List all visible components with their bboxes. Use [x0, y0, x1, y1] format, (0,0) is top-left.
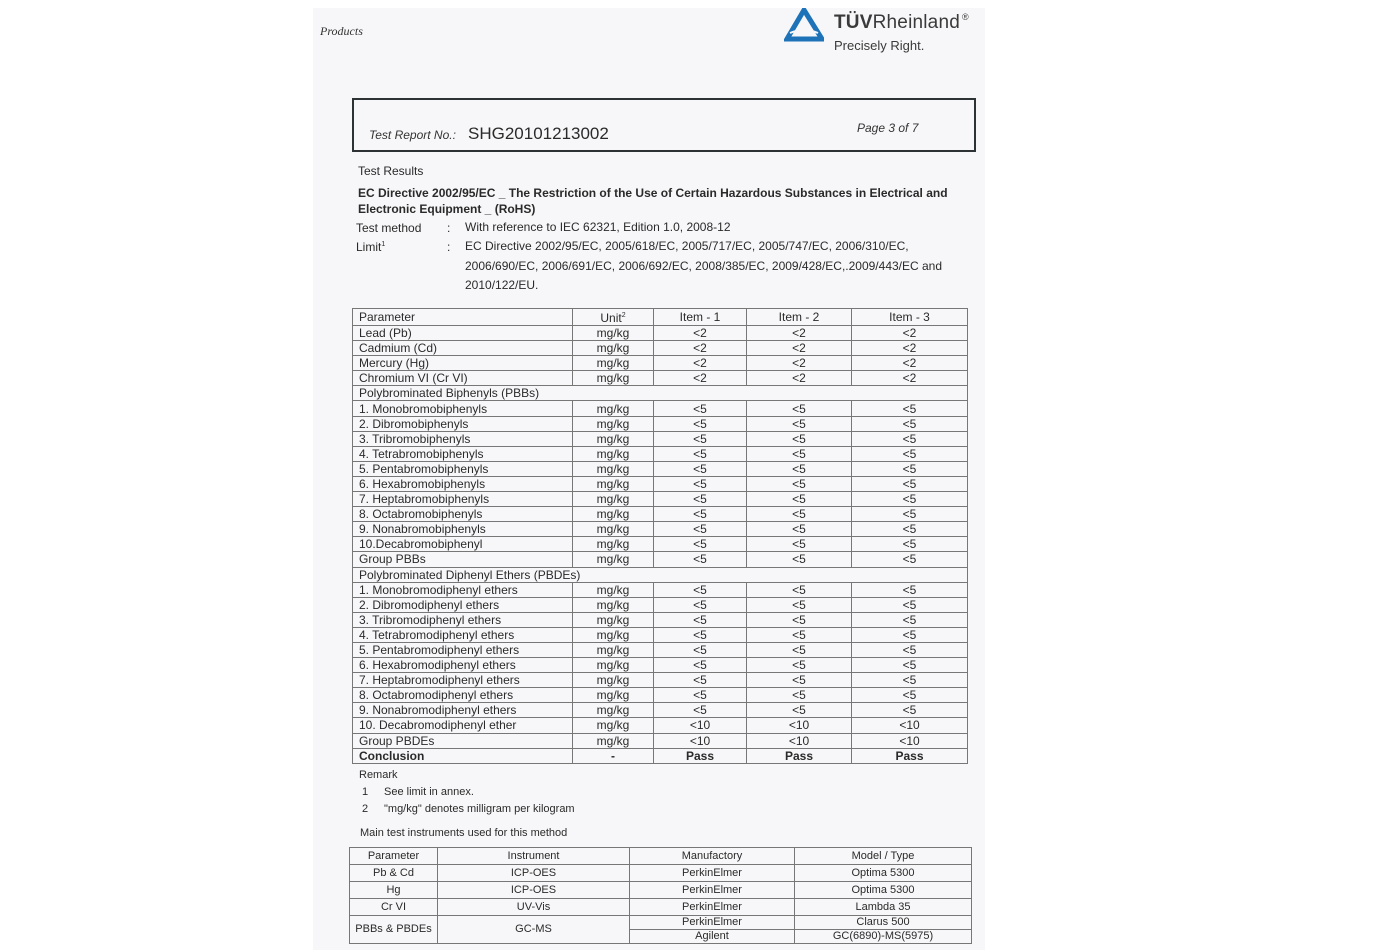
parameter-cell: 5. Pentabromobiphenyls — [353, 461, 573, 476]
value-cell: mg/kg — [573, 492, 654, 507]
value-cell: mg/kg — [573, 522, 654, 537]
parameter-cell: Cr VI — [350, 899, 438, 916]
brand-tagline: Precisely Right. — [834, 38, 924, 53]
value-cell: <2 — [654, 341, 747, 356]
meta-colon: : — [447, 221, 450, 235]
value-cell: <5 — [852, 612, 968, 627]
value-cell: mg/kg — [573, 341, 654, 356]
parameter-cell: PBBs & PBDEs — [350, 916, 438, 944]
value-cell: <5 — [852, 492, 968, 507]
value-cell: mg/kg — [573, 537, 654, 552]
model-cell: Optima 5300 — [795, 882, 972, 899]
conclusion-row: Conclusion-PassPassPass — [353, 748, 968, 763]
value-cell: <5 — [852, 552, 968, 567]
table-row: 9. Nonabromodiphenyl ethersmg/kg<5<5<5 — [353, 703, 968, 718]
parameter-cell: 3. Tribromodiphenyl ethers — [353, 612, 573, 627]
report-number-label: Test Report No.: — [369, 128, 456, 142]
table-row: 10. Decabromodiphenyl ethermg/kg<10<10<1… — [353, 718, 968, 733]
value-cell: <5 — [852, 476, 968, 491]
value-cell: mg/kg — [573, 356, 654, 371]
value-cell: - — [573, 748, 654, 763]
value-cell: mg/kg — [573, 476, 654, 491]
group-row: Polybrominated Biphenyls (PBBs) — [353, 386, 968, 401]
remark-text: See limit in annex. — [384, 786, 474, 798]
parameter-cell: 5. Pentabromodiphenyl ethers — [353, 642, 573, 657]
column-header: Item - 3 — [852, 309, 968, 326]
value-cell: <5 — [747, 416, 852, 431]
parameter-cell: Group PBDEs — [353, 733, 573, 748]
value-cell: <10 — [852, 718, 968, 733]
value-cell: mg/kg — [573, 733, 654, 748]
value-cell: <5 — [852, 416, 968, 431]
table-row: 7. Heptabromobiphenylsmg/kg<5<5<5 — [353, 492, 968, 507]
column-header: Parameter — [350, 848, 438, 865]
remark-text: "mg/kg" denotes milligram per kilogram — [384, 803, 575, 815]
parameter-cell: 8. Octabromobiphenyls — [353, 507, 573, 522]
table-row: Mercury (Hg)mg/kg<2<2<2 — [353, 356, 968, 371]
value-cell: <2 — [852, 341, 968, 356]
table-row: 4. Tetrabromobiphenylsmg/kg<5<5<5 — [353, 446, 968, 461]
page-indicator: Page 3 of 7 — [857, 121, 918, 135]
value-cell: <5 — [654, 673, 747, 688]
value-cell: <2 — [747, 356, 852, 371]
value-cell: <5 — [852, 627, 968, 642]
registered-mark: ® — [962, 12, 969, 22]
table-row: 5. Pentabromodiphenyl ethersmg/kg<5<5<5 — [353, 642, 968, 657]
instrument-cell: ICP-OES — [438, 882, 630, 899]
parameter-cell: Lead (Pb) — [353, 326, 573, 341]
table-row: 4. Tetrabromodiphenyl ethersmg/kg<5<5<5 — [353, 627, 968, 642]
value-cell: <5 — [654, 522, 747, 537]
parameter-cell: 6. Hexabromodiphenyl ethers — [353, 658, 573, 673]
instrument-cell: UV-Vis — [438, 899, 630, 916]
value-cell: mg/kg — [573, 371, 654, 386]
manufactory-cell: PerkinElmer — [630, 899, 795, 916]
footnote-ref: 2 — [622, 312, 626, 319]
report-number: SHG20101213002 — [468, 124, 609, 144]
value-cell: <5 — [852, 522, 968, 537]
value-cell: <2 — [852, 326, 968, 341]
value-cell: <5 — [654, 461, 747, 476]
table-row: Cadmium (Cd)mg/kg<2<2<2 — [353, 341, 968, 356]
manufactory-cell: PerkinElmer — [630, 882, 795, 899]
brand-rest: Rheinland — [873, 12, 960, 33]
brand-name: TÜVRheinland® — [834, 12, 969, 34]
value-cell: mg/kg — [573, 416, 654, 431]
section-title: Test Results — [358, 164, 423, 178]
tuv-triangle-icon — [784, 8, 824, 42]
value-cell: <5 — [654, 612, 747, 627]
table-row: 8. Octabromodiphenyl ethersmg/kg<5<5<5 — [353, 688, 968, 703]
parameter-cell: 6. Hexabromobiphenyls — [353, 476, 573, 491]
value-cell: <5 — [654, 507, 747, 522]
model-cell: GC(6890)-MS(5975) — [795, 930, 972, 944]
value-cell: mg/kg — [573, 642, 654, 657]
model-cell: Lambda 35 — [795, 899, 972, 916]
parameter-cell: Group PBBs — [353, 552, 573, 567]
value-cell: mg/kg — [573, 326, 654, 341]
column-header: Parameter — [353, 309, 573, 326]
value-cell: Pass — [654, 748, 747, 763]
value-cell: <5 — [654, 476, 747, 491]
parameter-cell: 10. Decabromodiphenyl ether — [353, 718, 573, 733]
table-row: 6. Hexabromobiphenylsmg/kg<5<5<5 — [353, 476, 968, 491]
table-row: Pb & CdICP-OESPerkinElmerOptima 5300 — [350, 865, 972, 882]
meta-label: Limit1 — [356, 240, 385, 254]
value-cell: mg/kg — [573, 552, 654, 567]
value-cell: mg/kg — [573, 446, 654, 461]
value-cell: <5 — [747, 401, 852, 416]
parameter-cell: 8. Octabromodiphenyl ethers — [353, 688, 573, 703]
value-cell: <5 — [852, 582, 968, 597]
instruments-title: Main test instruments used for this meth… — [360, 827, 567, 839]
table-row: Cr VIUV-VisPerkinElmerLambda 35 — [350, 899, 972, 916]
value-cell: <2 — [654, 356, 747, 371]
value-cell: mg/kg — [573, 718, 654, 733]
table-row: Group PBBsmg/kg<5<5<5 — [353, 552, 968, 567]
value-cell: <5 — [747, 431, 852, 446]
value-cell: <5 — [747, 688, 852, 703]
table-row: Lead (Pb)mg/kg<2<2<2 — [353, 326, 968, 341]
parameter-cell: 9. Nonabromodiphenyl ethers — [353, 703, 573, 718]
column-header: Item - 2 — [747, 309, 852, 326]
footnote-ref: 1 — [381, 241, 385, 248]
group-label: Polybrominated Diphenyl Ethers (PBDEs) — [353, 567, 968, 582]
value-cell: <5 — [852, 703, 968, 718]
table-row: 2. Dibromodiphenyl ethersmg/kg<5<5<5 — [353, 597, 968, 612]
value-cell: <5 — [747, 552, 852, 567]
value-cell: <5 — [852, 431, 968, 446]
parameter-cell: Hg — [350, 882, 438, 899]
table-row: Group PBDEsmg/kg<10<10<10 — [353, 733, 968, 748]
value-cell: <5 — [654, 492, 747, 507]
value-cell: <2 — [747, 371, 852, 386]
section-label: Products — [320, 24, 363, 39]
value-cell: <2 — [852, 356, 968, 371]
value-cell: <5 — [852, 658, 968, 673]
value-cell: <5 — [852, 446, 968, 461]
table-row: 10.Decabromobiphenylmg/kg<5<5<5 — [353, 537, 968, 552]
value-cell: <5 — [852, 673, 968, 688]
parameter-cell: 7. Heptabromodiphenyl ethers — [353, 673, 573, 688]
value-cell: <5 — [852, 688, 968, 703]
table-row: 6. Hexabromodiphenyl ethersmg/kg<5<5<5 — [353, 658, 968, 673]
parameter-cell: 1. Monobromobiphenyls — [353, 401, 573, 416]
table-row: 9. Nonabromobiphenylsmg/kg<5<5<5 — [353, 522, 968, 537]
value-cell: <5 — [747, 627, 852, 642]
value-cell: <5 — [852, 642, 968, 657]
group-row: Polybrominated Diphenyl Ethers (PBDEs) — [353, 567, 968, 582]
value-cell: mg/kg — [573, 612, 654, 627]
value-cell: <5 — [654, 431, 747, 446]
parameter-cell: 7. Heptabromobiphenyls — [353, 492, 573, 507]
value-cell: <10 — [852, 733, 968, 748]
value-cell: <2 — [654, 371, 747, 386]
value-cell: <5 — [747, 612, 852, 627]
value-cell: <5 — [654, 688, 747, 703]
value-cell: <5 — [654, 627, 747, 642]
value-cell: <5 — [654, 658, 747, 673]
table-row: 5. Pentabromobiphenylsmg/kg<5<5<5 — [353, 461, 968, 476]
model-cell: Clarus 500 — [795, 916, 972, 930]
brand-bold: TÜV — [834, 12, 873, 33]
value-cell: <5 — [747, 492, 852, 507]
manufactory-cell: PerkinElmer — [630, 865, 795, 882]
remark-number: 1 — [362, 786, 368, 798]
meta-label: Test method — [356, 221, 421, 235]
value-cell: <5 — [852, 507, 968, 522]
value-cell: <2 — [654, 326, 747, 341]
parameter-cell: 1. Monobromodiphenyl ethers — [353, 582, 573, 597]
value-cell: mg/kg — [573, 703, 654, 718]
instruments-table: ParameterInstrumentManufactoryModel / Ty… — [349, 847, 972, 944]
table-row: 2. Dibromobiphenylsmg/kg<5<5<5 — [353, 416, 968, 431]
value-cell: <5 — [654, 537, 747, 552]
value-cell: mg/kg — [573, 401, 654, 416]
table-row: 3. Tribromodiphenyl ethersmg/kg<5<5<5 — [353, 612, 968, 627]
remark-title: Remark — [359, 769, 398, 781]
column-header: Instrument — [438, 848, 630, 865]
table-row: 3. Tribromobiphenylsmg/kg<5<5<5 — [353, 431, 968, 446]
remark-number: 2 — [362, 803, 368, 815]
value-cell: <5 — [747, 522, 852, 537]
table-row: 1. Monobromodiphenyl ethersmg/kg<5<5<5 — [353, 582, 968, 597]
value-cell: <10 — [654, 733, 747, 748]
value-cell: <10 — [747, 718, 852, 733]
table-row: PBBs & PBDEsGC-MSPerkinElmerClarus 500 — [350, 916, 972, 930]
value-cell: <5 — [852, 461, 968, 476]
results-table: ParameterUnit2Item - 1Item - 2Item - 3 L… — [352, 308, 968, 764]
value-cell: <5 — [654, 446, 747, 461]
column-header: Unit2 — [573, 309, 654, 326]
value-cell: mg/kg — [573, 431, 654, 446]
value-cell: <5 — [747, 582, 852, 597]
value-cell: <5 — [654, 416, 747, 431]
value-cell: <5 — [654, 703, 747, 718]
value-cell: <5 — [654, 582, 747, 597]
value-cell: <10 — [747, 733, 852, 748]
value-cell: <5 — [654, 597, 747, 612]
value-cell: <5 — [747, 507, 852, 522]
parameter-cell: Chromium VI (Cr VI) — [353, 371, 573, 386]
column-header: Manufactory — [630, 848, 795, 865]
parameter-cell: Conclusion — [353, 748, 573, 763]
value-cell: mg/kg — [573, 688, 654, 703]
column-header: Model / Type — [795, 848, 972, 865]
directive-title: EC Directive 2002/95/EC _ The Restrictio… — [358, 185, 958, 217]
meta-value: With reference to IEC 62321, Edition 1.0… — [465, 218, 960, 238]
parameter-cell: 2. Dibromobiphenyls — [353, 416, 573, 431]
meta-value: EC Directive 2002/95/EC, 2005/618/EC, 20… — [465, 237, 960, 296]
parameter-cell: 4. Tetrabromodiphenyl ethers — [353, 627, 573, 642]
value-cell: <5 — [747, 446, 852, 461]
table-row: Chromium VI (Cr VI)mg/kg<2<2<2 — [353, 371, 968, 386]
parameter-cell: Cadmium (Cd) — [353, 341, 573, 356]
table-row: 1. Monobromobiphenylsmg/kg<5<5<5 — [353, 401, 968, 416]
value-cell: <5 — [747, 537, 852, 552]
value-cell: <5 — [747, 658, 852, 673]
parameter-cell: 3. Tribromobiphenyls — [353, 431, 573, 446]
manufactory-cell: PerkinElmer — [630, 916, 795, 930]
value-cell: <2 — [747, 326, 852, 341]
value-cell: mg/kg — [573, 658, 654, 673]
value-cell: <10 — [654, 718, 747, 733]
value-cell: mg/kg — [573, 597, 654, 612]
instrument-cell: GC-MS — [438, 916, 630, 944]
table-row: HgICP-OESPerkinElmerOptima 5300 — [350, 882, 972, 899]
parameter-cell: 10.Decabromobiphenyl — [353, 537, 573, 552]
value-cell: mg/kg — [573, 673, 654, 688]
column-header: Item - 1 — [654, 309, 747, 326]
table-row: 7. Heptabromodiphenyl ethersmg/kg<5<5<5 — [353, 673, 968, 688]
value-cell: <5 — [747, 642, 852, 657]
model-cell: Optima 5300 — [795, 865, 972, 882]
parameter-cell: 2. Dibromodiphenyl ethers — [353, 597, 573, 612]
value-cell: <5 — [747, 673, 852, 688]
value-cell: Pass — [852, 748, 968, 763]
value-cell: <2 — [747, 341, 852, 356]
group-label: Polybrominated Biphenyls (PBBs) — [353, 386, 968, 401]
value-cell: <5 — [747, 703, 852, 718]
value-cell: mg/kg — [573, 582, 654, 597]
parameter-cell: 9. Nonabromobiphenyls — [353, 522, 573, 537]
value-cell: mg/kg — [573, 627, 654, 642]
value-cell: <5 — [852, 401, 968, 416]
parameter-cell: Mercury (Hg) — [353, 356, 573, 371]
value-cell: <5 — [747, 461, 852, 476]
meta-colon: : — [447, 240, 450, 254]
value-cell: <5 — [654, 401, 747, 416]
value-cell: <5 — [852, 597, 968, 612]
parameter-cell: Pb & Cd — [350, 865, 438, 882]
value-cell: <5 — [747, 476, 852, 491]
value-cell: mg/kg — [573, 461, 654, 476]
parameter-cell: 4. Tetrabromobiphenyls — [353, 446, 573, 461]
value-cell: Pass — [747, 748, 852, 763]
value-cell: <5 — [654, 552, 747, 567]
manufactory-cell: Agilent — [630, 930, 795, 944]
value-cell: <5 — [654, 642, 747, 657]
value-cell: mg/kg — [573, 507, 654, 522]
value-cell: <5 — [747, 597, 852, 612]
table-row: 8. Octabromobiphenylsmg/kg<5<5<5 — [353, 507, 968, 522]
value-cell: <5 — [852, 537, 968, 552]
instrument-cell: ICP-OES — [438, 865, 630, 882]
value-cell: <2 — [852, 371, 968, 386]
